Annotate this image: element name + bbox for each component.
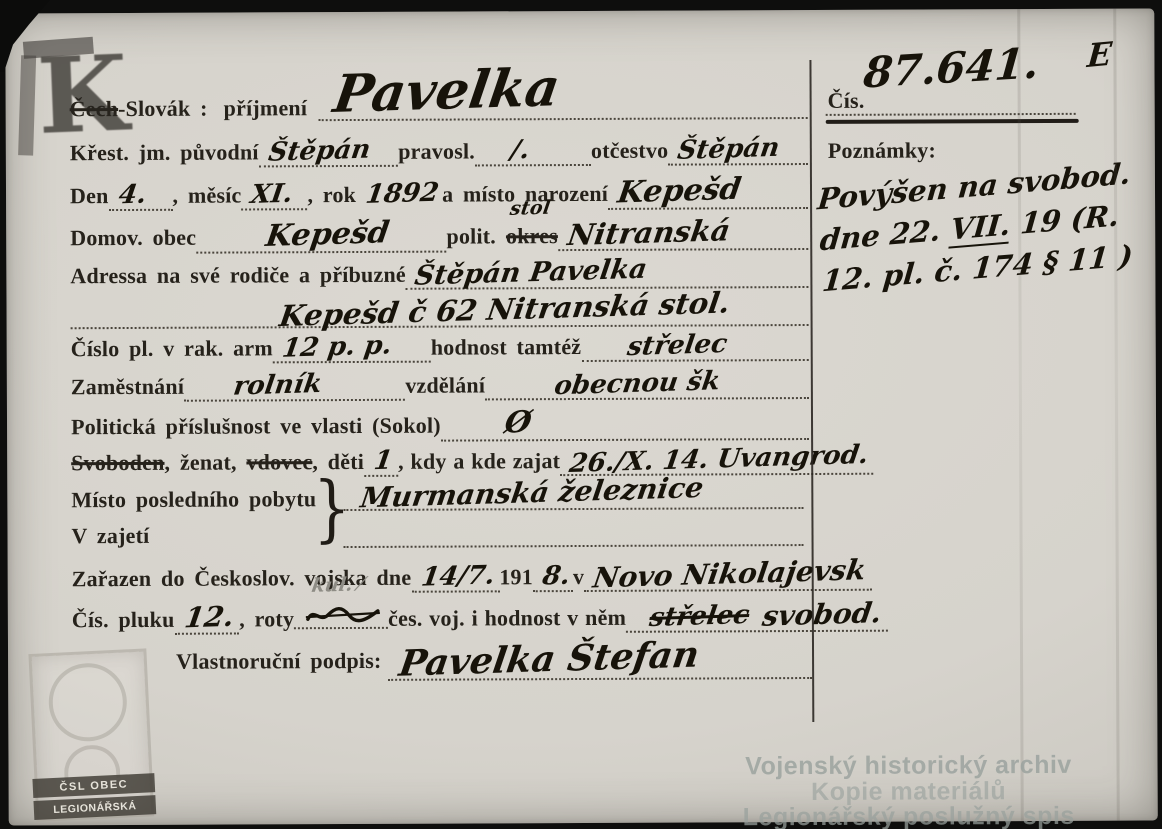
row-occupation: Zaměstnání rolník vzdělání obecnou šk xyxy=(71,370,809,402)
children-field: 1 xyxy=(364,448,398,477)
education-value: obecnou šk xyxy=(553,368,722,399)
row-enlisted: Zařazen do Českoslov. vojska dne 14/7. 1… xyxy=(72,560,810,594)
watermark-line-3: Legionářský poslužný spis xyxy=(669,802,1149,829)
home-value: Kepešd xyxy=(264,218,391,252)
row-surname: Čech-Slovák : příjmení Pavelka xyxy=(69,64,807,122)
district-struck-wrap: okres stol xyxy=(506,223,558,249)
notes-month-underlined: VII. xyxy=(949,207,1012,248)
children-value: 1 xyxy=(372,448,394,475)
cz-rank-field: střelec svobod. xyxy=(626,601,888,633)
legion-stamp: ČSL OBEC LEGIONÁŘSKÁ xyxy=(28,648,154,821)
row-signature: Pavelka Štefan xyxy=(388,640,812,681)
file-number-dotted-line xyxy=(826,113,1076,116)
address-field: Štěpán Pavelka xyxy=(406,258,809,290)
address-value: Štěpán Pavelka xyxy=(413,256,649,290)
file-number-label: Čís. xyxy=(828,88,865,114)
row-home: Domov. obec Kepešd polit. okres stol Nit… xyxy=(70,218,808,254)
year-field: 1892 xyxy=(356,181,442,208)
card-paper: K Čech-Slovák : příjmení Pavelka Křest. … xyxy=(5,8,1158,825)
last-stay-label: Místo posledního pobytu xyxy=(71,486,316,513)
enlisted-year-hand: 8. xyxy=(541,563,572,590)
political-field: Ø xyxy=(441,407,809,442)
enlisted-place-value: Novo Nikolajevsk xyxy=(592,556,869,592)
captivity-label: V zajetí xyxy=(71,523,149,549)
orthodox-field: ∕. xyxy=(475,137,591,167)
patronymic-value: Štěpán xyxy=(676,135,781,164)
given-field: Štěpán xyxy=(259,138,399,168)
cz-rank-label: čes. voj. i hodnost v něm xyxy=(388,605,626,632)
row-address-2: Kepešd č 62 Nitranská stol. xyxy=(70,294,808,329)
widower-struck: vdovec xyxy=(246,449,312,474)
enlisted-year-print: 191 xyxy=(499,564,533,590)
file-number-value: 87.641. xyxy=(862,42,1041,94)
row-given-name: Křest. jm. původní Štěpán pravosl. ∕. ot… xyxy=(70,136,808,168)
row-unit: Čís. pluku 12. , roty kul. ⁄ čes. voj. i… xyxy=(72,600,824,635)
company-field: kul. ⁄ xyxy=(294,602,388,629)
patronymic-field: Štěpán xyxy=(668,136,808,166)
corner-mark: E xyxy=(1086,37,1113,72)
district-struck: okres xyxy=(506,223,558,248)
company-label: , roty xyxy=(239,606,294,632)
married-label: , ženat, xyxy=(164,450,236,475)
political-value: Ø xyxy=(503,408,534,439)
district-correction: stol xyxy=(508,199,551,219)
paper-crease-2 xyxy=(1113,9,1120,821)
captured-field: 26./X. 14. Uvangrod. xyxy=(560,446,873,476)
address-field-2: Kepešd č 62 Nitranská stol. xyxy=(70,294,808,329)
signature-field: Pavelka Štefan xyxy=(388,640,812,681)
orthodox-value: ∕. xyxy=(509,137,531,164)
row-signature-label: Vlastnoruční podpis: xyxy=(176,648,382,675)
unit-label: Čís. pluku xyxy=(72,607,175,633)
address-label: Adressa na své rodiče a příbuzné xyxy=(70,262,406,289)
occupation-value: rolník xyxy=(232,371,324,400)
ink-scribble xyxy=(304,602,382,626)
notes-block: Povýšen na svobod. dne 22. VII. 19 (R. 1… xyxy=(817,156,1161,298)
captured-label: , kdy a kde zajat xyxy=(398,448,560,475)
political-label: Politická příslušnost ve vlasti (Sokol) xyxy=(71,413,441,441)
unit-value: 12. xyxy=(182,603,235,632)
austrian-regiment-field: 12 p. p. xyxy=(273,334,431,364)
district-field: Nitranská xyxy=(558,218,808,251)
austrian-rank-value: střelec xyxy=(625,331,728,360)
row-captivity: V zajetí xyxy=(71,523,149,549)
year-label: , rok xyxy=(307,182,356,208)
single-struck: Svoboden xyxy=(71,450,164,475)
surname-field: Pavelka xyxy=(319,64,808,121)
last-stay-field: Murmanská železnice xyxy=(343,478,803,511)
given-value: Štěpán xyxy=(267,137,372,166)
home-field: Kepešd xyxy=(196,220,446,254)
enlisted-year-field: 8. xyxy=(533,563,573,592)
occupation-field: rolník xyxy=(184,372,405,402)
k-stamp-letter: K xyxy=(36,41,130,148)
captivity-empty-line xyxy=(344,544,804,548)
captured-value: 26./X. 14. Uvangrod. xyxy=(568,442,870,477)
paper-crease-1 xyxy=(1017,9,1024,821)
row-austrian-regiment: Číslo pl. v rak. arm 12 p. p. hodnost ta… xyxy=(71,332,809,364)
month-value: XI. xyxy=(249,181,294,208)
row-last-stay: Místo posledního pobytu xyxy=(71,486,316,513)
unit-field: 12. xyxy=(174,603,239,634)
k-stamp-smudge-vertical-icon xyxy=(18,55,36,155)
signature-label: Vlastnoruční podpis: xyxy=(176,648,382,675)
cz-rank-value: svobod. xyxy=(761,599,884,631)
scanned-card-scene: K Čech-Slovák : příjmení Pavelka Křest. … xyxy=(0,0,1162,829)
district-value: Nitranská xyxy=(565,216,731,250)
enlisted-day-value: 14/7. xyxy=(419,562,496,590)
austrian-regiment-value: 12 p. p. xyxy=(281,332,394,361)
notes-label: Poznámky: xyxy=(828,137,936,163)
austrian-rank-label: hodnost tamtéž xyxy=(431,334,582,361)
last-stay-value: Murmanská železnice xyxy=(359,474,706,512)
austrian-regiment-label: Číslo pl. v rak. arm xyxy=(71,335,273,362)
education-label: vzdělání xyxy=(405,372,485,398)
row-birth: Den 4. , měsíc XI. , rok 1892 a místo na… xyxy=(70,176,808,212)
signature-value: Pavelka Štefan xyxy=(397,637,702,682)
birthplace-field: Kepešd xyxy=(608,176,808,210)
home-label: Domov. obec xyxy=(70,225,196,252)
month-label: , měsíc xyxy=(172,182,241,208)
file-number-underline xyxy=(826,119,1079,124)
patronymic-label: otčestvo xyxy=(591,138,668,164)
surname-value: Pavelka xyxy=(331,62,564,121)
row-political: Politická příslušnost ve vlasti (Sokol) … xyxy=(71,407,809,443)
education-field: obecnou šk xyxy=(485,370,809,400)
company-pencil-note: kul. ⁄ xyxy=(310,575,364,596)
k-stamp: K xyxy=(15,39,146,190)
surname-label: příjmení xyxy=(224,95,308,121)
month-field: XI. xyxy=(241,181,307,210)
address-value-2: Kepešd č 62 Nitranská stol. xyxy=(277,288,731,331)
orthodox-label: pravosl. xyxy=(398,138,475,164)
polit-label: polit. xyxy=(446,223,496,249)
year-value: 1892 xyxy=(364,180,440,208)
birthplace-value: Kepešd xyxy=(616,175,743,209)
enlisted-place-field: Novo Nikolajevsk xyxy=(584,560,872,592)
occupation-label: Zaměstnání xyxy=(71,374,184,400)
austrian-rank-field: střelec xyxy=(581,332,809,362)
cz-rank-struck: střelec xyxy=(648,602,751,631)
row-last-stay-value: Murmanská železnice xyxy=(343,478,803,511)
enlisted-v-label: v xyxy=(573,564,584,590)
enlisted-day-field: 14/7. xyxy=(411,563,499,592)
